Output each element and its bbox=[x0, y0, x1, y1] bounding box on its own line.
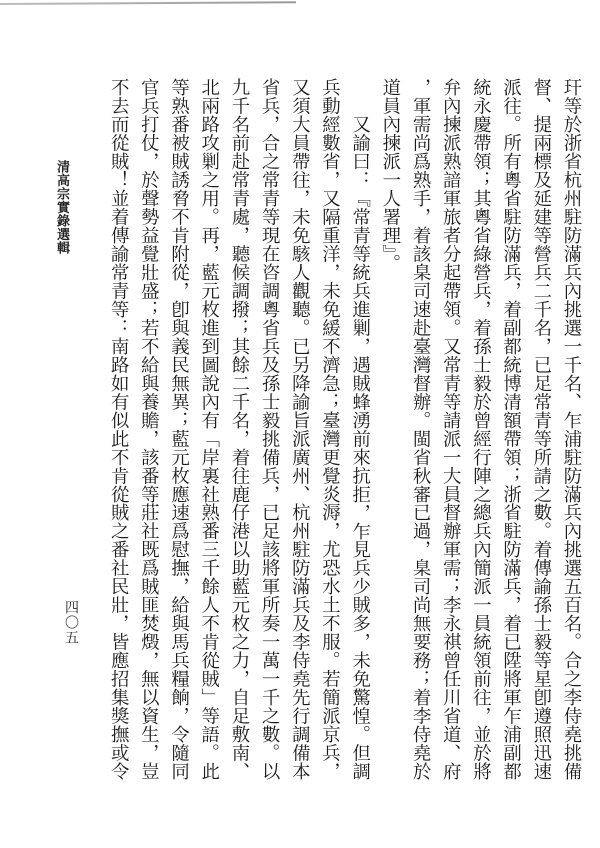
text-column-1: 玕等於浙省杭州駐防滿兵內挑選一千名、乍浦駐防滿兵內挑選五百名。合之李侍堯挑備 bbox=[556, 78, 586, 818]
text-column-7: 道員內揀派一人署理』。 bbox=[375, 78, 405, 818]
text-column-11: 省兵，合之常青等現在咨調粵省兵及孫士毅挑備兵，已足該將軍所奏一萬一千之數。以 bbox=[254, 78, 284, 818]
text-column-13: 北兩路攻剿之用。再，藍元枚進到圖說內有「岸裏社熟番三千餘人不肯從賊」等語。此 bbox=[194, 78, 224, 818]
text-column-5: 弁內揀派熟諳軍旅者分起帶領。又常青等請派一大員督辦軍需；李永祺曾任川省道、府 bbox=[435, 78, 465, 818]
text-column-16: 不去而從賊！並着傳諭常青等：南路如有似此不肯從賊之番社民壯，皆應招集獎撫或令 bbox=[103, 78, 133, 818]
page-body-text: 玕等於浙省杭州駐防滿兵內挑選一千名、乍浦駐防滿兵內挑選五百名。合之李侍堯挑備 督… bbox=[86, 78, 586, 818]
text-column-2: 督、提兩標及延建等營兵二千名，已足常青等所請之數。着傳諭孫士毅等星卽遵照迅速 bbox=[526, 78, 556, 818]
text-column-8-edict-start: 又諭曰：『常青等統兵進剿，遇賊蜂湧前來抗拒，乍見兵少賊多，未免驚惶。但調 bbox=[345, 78, 375, 818]
text-column-9: 兵動經數省，又隔重洋，未免緩不濟急；臺灣更覺炎溽，尤恐水土不服。若簡派京兵， bbox=[314, 78, 344, 818]
text-column-12: 九千名前赴常青處，聽候調撥；其餘二千名，着往鹿仔港以助藍元枚之力，自足敷南、 bbox=[224, 78, 254, 818]
book-title-margin: 清高宗實錄選輯 bbox=[52, 160, 70, 255]
page-number: 四〇五 bbox=[62, 600, 80, 645]
text-column-15: 官兵打仗，於聲勢益覺壯盛；若不給與養贍，該番等莊社既爲賊匪焚燬，無以資生，豈 bbox=[133, 78, 163, 818]
text-column-4: 統永慶帶領；其粵省綠營兵，着孫士毅於曾經行陣之總兵內簡派一員統領前往，並於將 bbox=[465, 78, 495, 818]
scan-edge-line bbox=[0, 1, 296, 5]
text-column-14: 等熟番被賊誘脅不肯附從，卽與義民無異；藍元枚應速爲慰撫，給與馬兵糧餉，令隨同 bbox=[163, 78, 193, 818]
text-column-10: 又須大員帶往，未免駭人觀聽。已另降諭旨派廣州、杭州駐防滿兵及李侍堯先行調備本 bbox=[284, 78, 314, 818]
text-column-3: 派往。所有粵省駐防滿兵，着副都統博清額帶領；浙省駐防滿兵，着已陞將軍乍浦副都 bbox=[495, 78, 525, 818]
text-column-6: ，軍需尚爲熟手，着該臬司速赴臺灣督辦。閩省秋審已過，臬司尚無要務；着李侍堯於 bbox=[405, 78, 435, 818]
